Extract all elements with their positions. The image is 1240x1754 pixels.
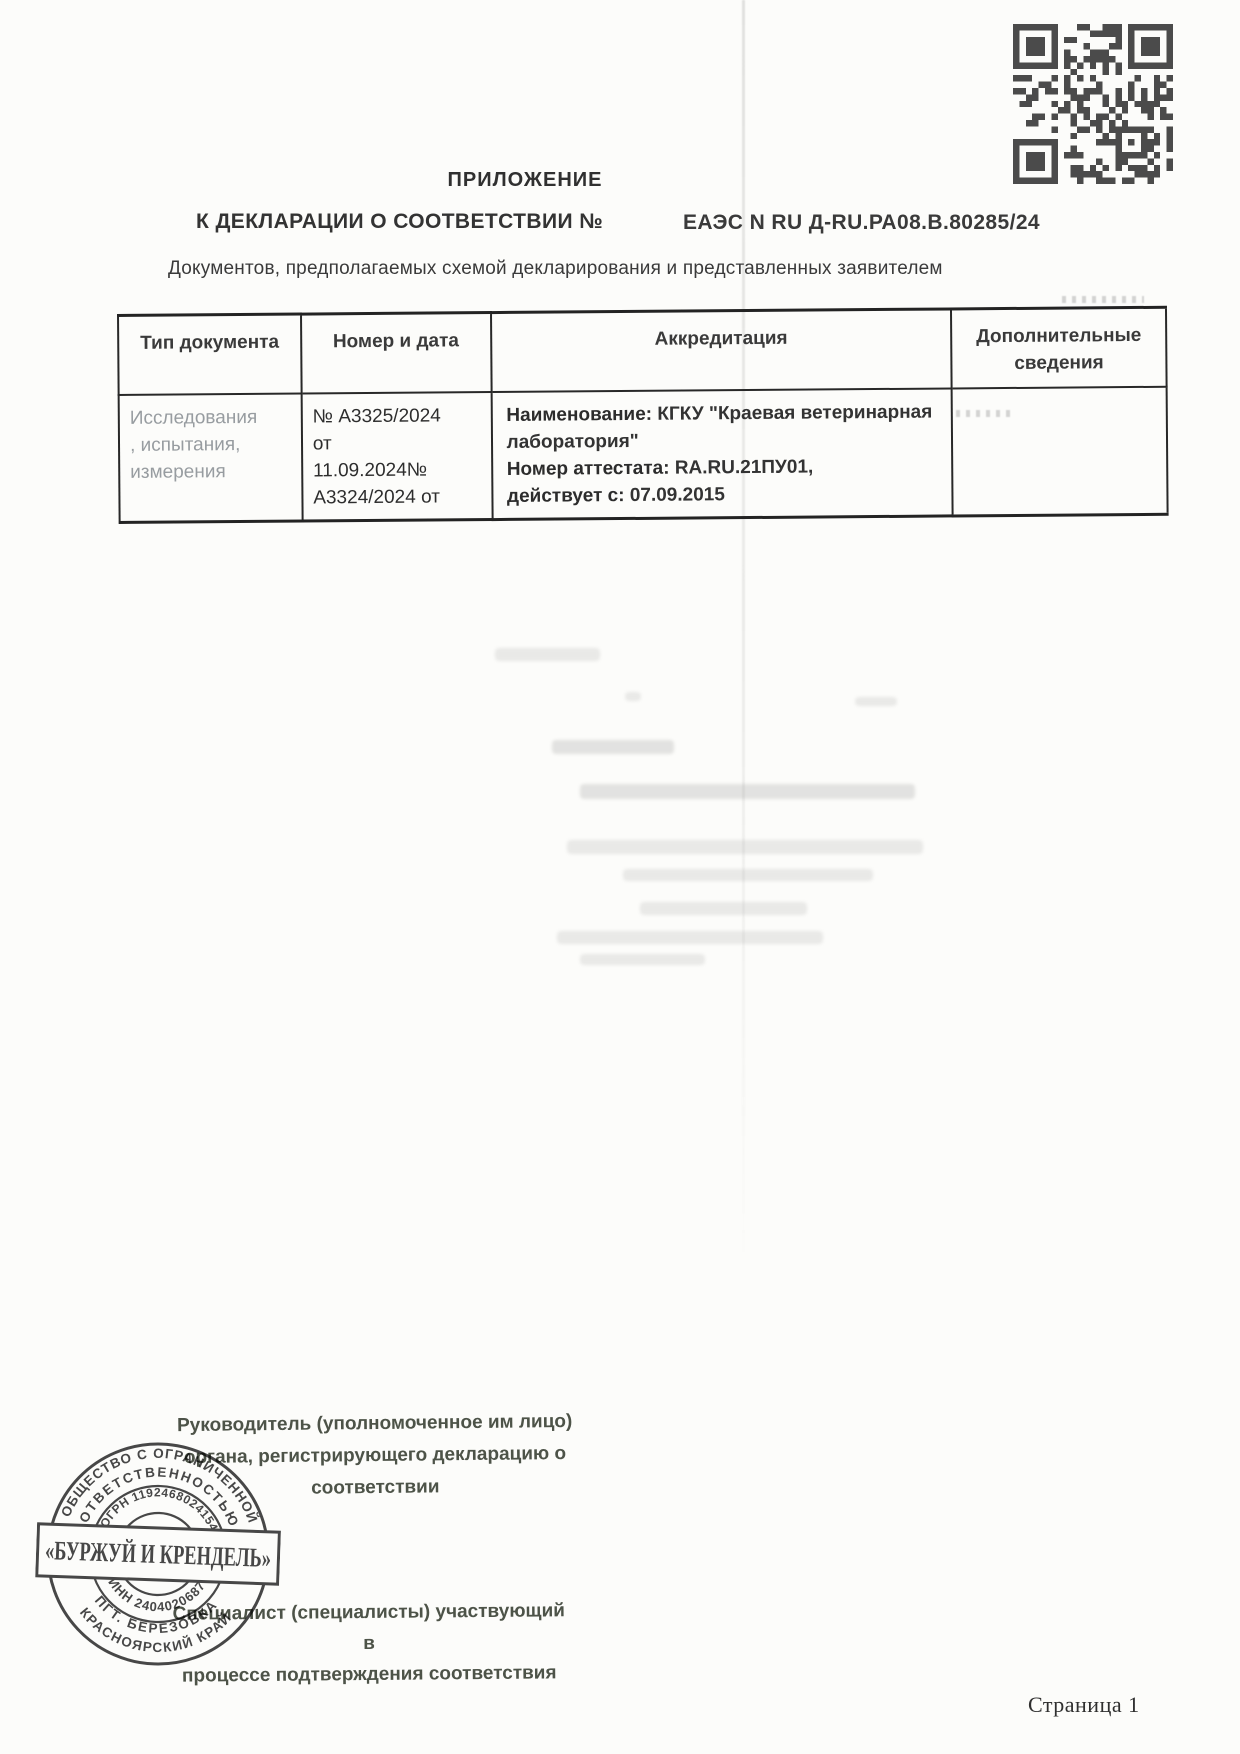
page-title: ПРИЛОЖЕНИЕ: [380, 169, 670, 192]
bleed-through-artifact: [552, 740, 674, 754]
accreditation-validity-value: 07.09.2015: [624, 484, 725, 506]
paper-crease: [742, 0, 745, 1262]
bleed-through-artifact: [623, 869, 873, 881]
header-doc-type: Тип документа: [118, 314, 301, 395]
accreditation-attestate-label: Номер аттестата:: [507, 458, 670, 480]
declaration-label: К ДЕКЛАРАЦИИ О СООТВЕТСТВИИ №: [196, 210, 603, 234]
bleed-through-artifact: [495, 648, 600, 661]
bleed-through-artifact: [557, 931, 823, 944]
header-additional: Дополнительные сведения: [951, 307, 1166, 388]
bleed-through-artifact: [580, 784, 915, 799]
accreditation-attestate: Номер аттестата: RA.RU.21ПУ01,: [507, 453, 942, 483]
number-date-line: № А3325/2024: [313, 402, 481, 430]
accreditation-validity: действует с: 07.09.2015: [507, 480, 942, 510]
declaration-number: ЕАЭС N RU Д-RU.РА08.В.80285/24: [683, 211, 1040, 235]
page-number: Страница 1: [1028, 1692, 1140, 1718]
accreditation-validity-label: действует с:: [507, 485, 625, 507]
cell-number-date: № А3325/2024 от 11.09.2024№ А3324/2024 о…: [301, 392, 492, 521]
bleed-through-artifact: [580, 954, 705, 965]
doc-type-line: , испытания,: [130, 431, 291, 459]
doc-type-line: измерения: [130, 458, 291, 486]
accreditation-attestate-value: RA.RU.21ПУ01,: [669, 457, 813, 479]
header-number-date: Номер и дата: [301, 313, 491, 394]
table-header-row: Тип документа Номер и дата Аккредитация …: [118, 307, 1167, 395]
scanned-document-page: ПРИЛОЖЕНИЕ К ДЕКЛАРАЦИИ О СООТВЕТСТВИИ №…: [0, 0, 1240, 1754]
bleed-through-artifact: [640, 902, 807, 915]
scan-artifact: [956, 410, 1014, 417]
bleed-through-artifact: [567, 840, 923, 854]
doc-type-line: Исследования: [130, 404, 291, 432]
header-accreditation: Аккредитация: [491, 309, 952, 392]
qr-code: [1013, 24, 1173, 184]
qr-code-svg: [1013, 24, 1173, 184]
bleed-through-artifact: [855, 697, 897, 706]
accreditation-name: Наименование: КГКУ "Краевая ветеринарная…: [506, 399, 941, 456]
table-row: Исследования , испытания, измерения № А3…: [119, 387, 1168, 523]
caption-line: Руководитель (уполномоченное им лицо): [175, 1406, 575, 1442]
scan-artifact: [1062, 296, 1144, 303]
declaration-line: К ДЕКЛАРАЦИИ О СООТВЕТСТВИИ № ЕАЭС N RU …: [0, 210, 1240, 240]
cell-additional: [952, 387, 1168, 516]
number-date-line: от: [313, 429, 481, 457]
company-stamp: ОБЩЕСТВО С ОГРАНИЧЕННОЙ ОТВЕТСТВЕННОСТЬЮ…: [32, 1434, 284, 1678]
document-subtitle: Документов, предполагаемых схемой деклар…: [168, 258, 943, 280]
cell-doc-type: Исследования , испытания, измерения: [119, 394, 303, 523]
cell-accreditation: Наименование: КГКУ "Краевая ветеринарная…: [491, 388, 953, 519]
bleed-through-artifact: [625, 692, 641, 701]
number-date-line: А3324/2024 от: [313, 483, 481, 511]
accreditation-name-label: Наименование:: [506, 404, 652, 426]
number-date-line: 11.09.2024№: [313, 456, 481, 484]
company-stamp-svg: ОБЩЕСТВО С ОГРАНИЧЕННОЙ ОТВЕТСТВЕННОСТЬЮ…: [32, 1434, 284, 1678]
